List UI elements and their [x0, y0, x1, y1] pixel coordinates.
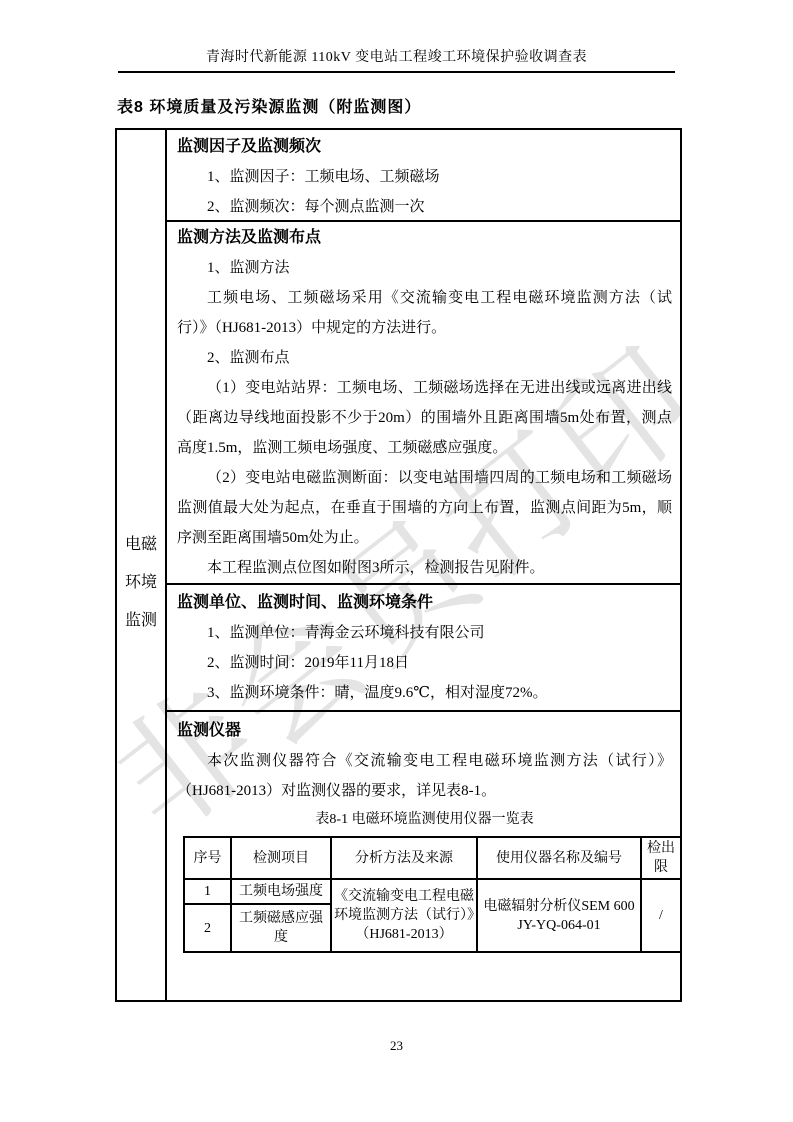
row-number-cell: 2: [184, 904, 231, 952]
inner-table-caption: 表8-1 电磁环境监测使用仪器一览表: [177, 809, 672, 831]
column-header: 检测项目: [231, 837, 331, 879]
list-item: 1、监测单位：青海金云环境科技有限公司: [177, 618, 672, 648]
section-monitoring-conditions: 监测单位、监测时间、监测环境条件 1、监测单位：青海金云环境科技有限公司 2、监…: [167, 585, 680, 712]
paragraph: 1、监测方法: [177, 253, 672, 283]
section-heading: 监测单位、监测时间、监测环境条件: [177, 588, 672, 618]
section-monitoring-factors: 监测因子及监测频次 1、监测因子：工频电场、工频磁场 2、监测频次：每个测点监测…: [167, 130, 680, 222]
paragraph: （1）变电站站界：工频电场、工频磁场选择在无进出线或远离进出线（距离边导线地面投…: [177, 373, 672, 463]
document-page: 非会员打印 青海时代新能源 110kV 变电站工程竣工环境保护验收调查表 表8 …: [0, 0, 793, 1122]
method-cell: 《交流输变电工程电磁环境监测方法（试行）》（HJ681-2013）: [331, 879, 477, 952]
column-header: 检出限: [641, 837, 681, 879]
list-item: 2、监测时间：2019年11月18日: [177, 648, 672, 678]
section-heading: 监测因子及监测频次: [177, 132, 672, 162]
column-header: 分析方法及来源: [331, 837, 477, 879]
detection-limit-cell: /: [641, 879, 681, 952]
section-monitoring-methods: 监测方法及监测布点 1、监测方法 工频电场、工频磁场采用《交流输变电工程电磁环境…: [167, 222, 680, 585]
row-label-line: 环境: [125, 569, 157, 592]
document-header-title: 青海时代新能源 110kV 变电站工程竣工环境保护验收调查表: [0, 46, 793, 66]
instrument-table: 序号 检测项目 分析方法及来源 使用仪器名称及编号 检出限 1 工频电场强度 《…: [183, 836, 682, 953]
instrument-table-header-row: 序号 检测项目 分析方法及来源 使用仪器名称及编号 检出限: [184, 837, 681, 879]
paragraph: （2）变电站电磁监测断面：以变电站围墙四周的工频电场和工频磁场监测值最大处为起点…: [177, 463, 672, 553]
item-cell: 工频电场强度: [231, 879, 331, 904]
column-header: 序号: [184, 837, 231, 879]
item-cell: 工频磁感应强度: [231, 904, 331, 952]
page-title: 表8 环境质量及污染源监测（附监测图）: [117, 94, 421, 117]
section-heading: 监测方法及监测布点: [177, 223, 672, 253]
instrument-code: JY-YQ-064-01: [480, 916, 638, 935]
content-column: 监测因子及监测频次 1、监测因子：工频电场、工频磁场 2、监测频次：每个测点监测…: [167, 130, 680, 1000]
paragraph: 本次监测仪器符合《交流输变电工程电磁环境监测方法（试行）》（HJ681-2013…: [177, 746, 672, 806]
paragraph: 工频电场、工频磁场采用《交流输变电工程电磁环境监测方法（试行）》（HJ681-2…: [177, 283, 672, 343]
row-label-line: 监测: [125, 607, 157, 630]
list-item: 1、监测因子：工频电场、工频磁场: [177, 162, 672, 192]
page-number: 23: [0, 1038, 793, 1054]
content-layer: 青海时代新能源 110kV 变电站工程竣工环境保护验收调查表 表8 环境质量及污…: [0, 0, 793, 1122]
list-item: 3、监测环境条件：晴，温度9.6℃，相对湿度72%。: [177, 678, 672, 708]
instrument-cell: 电磁辐射分析仪SEM 600 JY-YQ-064-01: [477, 879, 641, 952]
table-row: 1 工频电场强度 《交流输变电工程电磁环境监测方法（试行）》（HJ681-201…: [184, 879, 681, 904]
instrument-name: 电磁辐射分析仪SEM 600: [480, 897, 638, 916]
row-label-cell: 电磁 环境 监测: [117, 130, 167, 1000]
header-divider-rule: [118, 71, 675, 73]
main-table: 电磁 环境 监测 监测因子及监测频次 1、监测因子：工频电场、工频磁场 2、监测…: [115, 128, 682, 1002]
section-heading: 监测仪器: [177, 716, 672, 746]
column-header: 使用仪器名称及编号: [477, 837, 641, 879]
row-number-cell: 1: [184, 879, 231, 904]
paragraph: 2、监测布点: [177, 343, 672, 373]
paragraph: 本工程监测点位图如附图3所示，检测报告见附件。: [177, 553, 672, 583]
row-label-line: 电磁: [125, 531, 157, 554]
section-monitoring-instruments: 监测仪器 本次监测仪器符合《交流输变电工程电磁环境监测方法（试行）》（HJ681…: [167, 712, 680, 1000]
list-item: 2、监测频次：每个测点监测一次: [177, 192, 672, 222]
